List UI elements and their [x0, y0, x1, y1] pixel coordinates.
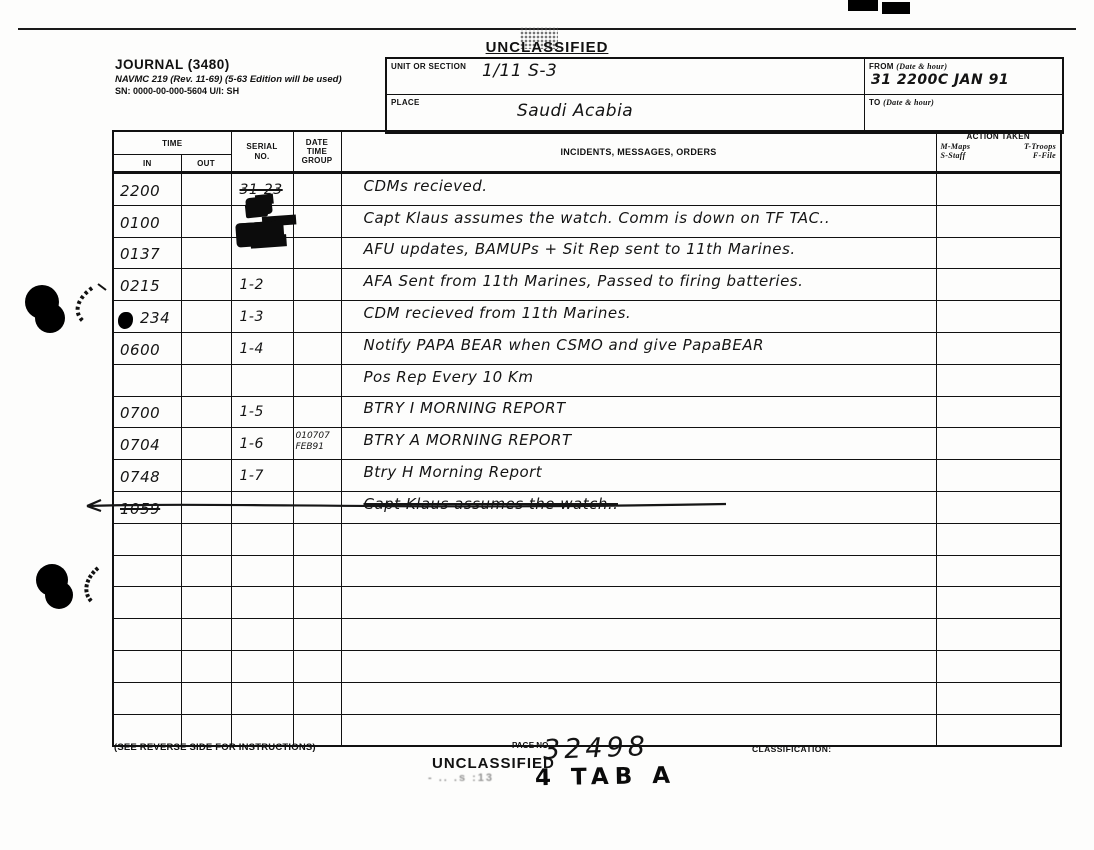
serial-no-value: 1-7: [232, 468, 264, 491]
time-in-cell: [113, 587, 181, 619]
incident-cell: AFA Sent from 11th Marines, Passed to fi…: [341, 269, 936, 301]
serial-no-cell: [231, 237, 293, 269]
action-taken-cell: [936, 332, 1061, 364]
unit-or-section-value: 1/11 S-3: [482, 61, 557, 81]
serial-no-value: 1-5: [232, 404, 264, 427]
time-in-cell: 2200: [113, 173, 181, 206]
table-row: [113, 619, 1061, 651]
time-in-value: 0704: [114, 436, 160, 459]
form-title: JOURNAL (3480): [115, 57, 342, 74]
action-taken-cell: [936, 555, 1061, 587]
serial-no-cell: [231, 523, 293, 555]
time-in-value: 2200: [114, 182, 160, 205]
incident-cell: Capt Klaus assumes the watch. Comm is do…: [341, 205, 936, 237]
serial-no-cell: [231, 364, 293, 396]
time-in-value: [114, 704, 120, 709]
classification-banner-top: UNCLASSIFIED: [0, 39, 1094, 56]
table-row: Pos Rep Every 10 Km: [113, 364, 1061, 396]
action-troops-label: T-Troops: [998, 142, 1056, 151]
serial-no-cell: 1-6: [231, 428, 293, 460]
serial-no-value: [232, 606, 240, 613]
serial-no-cell: [231, 650, 293, 682]
date-time-group-cell: [293, 269, 341, 301]
incident-cell: BTRY A MORNING REPORT: [341, 428, 936, 460]
incident-cell: [341, 619, 936, 651]
redaction-bar: [848, 0, 878, 11]
incident-text: [342, 608, 364, 613]
time-in-cell: 0700: [113, 396, 181, 428]
date-time-group-cell: [293, 332, 341, 364]
incident-text: AFA Sent from 11th Marines, Passed to fi…: [342, 272, 804, 295]
incident-cell: CDMs recieved.: [341, 173, 936, 206]
place-field: PLACE Saudi Acabia: [387, 95, 865, 132]
date-time-group-cell: [293, 460, 341, 492]
incident-cell: [341, 650, 936, 682]
incident-cell: BTRY I MORNING REPORT: [341, 396, 936, 428]
serial-no-cell: 1-4: [231, 332, 293, 364]
from-date-value: 31 2200C JAN 91: [871, 72, 1009, 88]
action-taken-cell: [936, 491, 1061, 523]
action-taken-cell: [936, 237, 1061, 269]
serial-no-value: [232, 638, 240, 645]
ink-blot: [14, 280, 114, 346]
incidents-header: INCIDENTS, MESSAGES, ORDERS: [341, 131, 936, 173]
time-in-value: [114, 545, 120, 550]
action-staff-label: S-Staff: [941, 151, 999, 160]
action-taken-cell: [936, 523, 1061, 555]
incident-cell: Pos Rep Every 10 Km: [341, 364, 936, 396]
time-in-cell: [113, 650, 181, 682]
time-header: TIME: [113, 131, 231, 155]
serial-no-cell: [231, 619, 293, 651]
incident-cell: CDM recieved from 11th Marines.: [341, 301, 936, 333]
date-time-group-value: 010707 FEB91: [294, 431, 330, 459]
incident-text: [342, 704, 364, 709]
date-time-group-value: [294, 704, 296, 709]
strikeout-line: [84, 497, 728, 520]
classification-label: CLASSIFICATION:: [752, 744, 832, 754]
action-taken-cell: [936, 460, 1061, 492]
ink-blot: [24, 558, 124, 624]
serial-no-cell: [231, 682, 293, 714]
date-time-group-value: [294, 354, 296, 359]
time-in-header: IN: [113, 155, 181, 173]
incident-text: [342, 640, 364, 645]
serial-no-cell: [231, 555, 293, 587]
time-in-value: 0700: [114, 404, 160, 427]
ink-blot: [118, 312, 133, 329]
incident-text: Capt Klaus assumes the watch. Comm is do…: [342, 209, 831, 232]
time-out-cell: [181, 682, 231, 714]
date-time-group-cell: [293, 682, 341, 714]
time-out-cell: [181, 173, 231, 206]
time-in-cell: 0137: [113, 237, 181, 269]
ink-scribble: [245, 195, 273, 216]
form-revision: NAVMC 219 (Rev. 11-69) (5-63 Edition wil…: [115, 74, 342, 86]
from-label: FROM: [869, 62, 894, 71]
date-time-group-cell: [293, 205, 341, 237]
table-row: 0748 1-7 Btry H Morning Report: [113, 460, 1061, 492]
time-in-value: [114, 608, 120, 613]
time-out-cell: [181, 205, 231, 237]
journal-body: 2200 31-23 CDMs recieved. 0100 Capt Klau…: [113, 173, 1061, 747]
action-taken-cell: [936, 364, 1061, 396]
date-time-group-value: [294, 258, 296, 263]
date-time-group-cell: [293, 619, 341, 651]
incident-text: Pos Rep Every 10 Km: [342, 368, 534, 391]
time-in-cell: 234: [113, 301, 181, 333]
incident-cell: Notify PAPA BEAR when CSMO and give Papa…: [341, 332, 936, 364]
time-in-cell: [113, 682, 181, 714]
action-taken-cell: [936, 269, 1061, 301]
date-time-group-cell: [293, 301, 341, 333]
date-time-group-cell: 010707 FEB91: [293, 428, 341, 460]
table-row: [113, 682, 1061, 714]
time-out-cell: [181, 332, 231, 364]
time-in-cell: 0215: [113, 269, 181, 301]
table-row: 0215 1-2 AFA Sent from 11th Marines, Pas…: [113, 269, 1061, 301]
time-out-cell: [181, 587, 231, 619]
incident-text: CDM recieved from 11th Marines.: [342, 304, 632, 327]
time-in-value: 0748: [114, 468, 160, 491]
time-in-value: [114, 640, 120, 645]
date-time-group-value: [294, 481, 296, 486]
time-in-value: [114, 672, 120, 677]
serial-no-cell: 1-5: [231, 396, 293, 428]
date-time-group-cell: [293, 650, 341, 682]
incident-text: Notify PAPA BEAR when CSMO and give Papa…: [342, 336, 765, 359]
time-in-cell: [113, 523, 181, 555]
action-taken-cell: [936, 650, 1061, 682]
action-taken-cell: [936, 714, 1061, 746]
table-row: 0137 AFU updates, BAMUPs + Sit Rep sent …: [113, 237, 1061, 269]
faded-stamp: - .. .s :13: [428, 772, 494, 784]
scanned-journal-page: UNCLASSIFIED JOURNAL (3480) NAVMC 219 (R…: [0, 0, 1094, 850]
date-time-group-value: [294, 545, 296, 550]
incident-text: AFU updates, BAMUPs + Sit Rep sent to 11…: [342, 240, 796, 263]
date-time-group-cell: [293, 173, 341, 206]
time-in-value: [114, 735, 120, 740]
action-taken-title: ACTION TAKEN: [937, 132, 1061, 141]
incident-text: [342, 735, 364, 740]
date-time-group-value: [294, 576, 296, 581]
incident-cell: [341, 523, 936, 555]
date-time-group-cell: [293, 587, 341, 619]
tab-marking: 4 TAB A: [535, 763, 676, 791]
time-in-value: 0137: [114, 245, 160, 268]
incident-cell: [341, 682, 936, 714]
time-out-cell: [181, 650, 231, 682]
to-date-hour-label: (Date & hour): [883, 98, 934, 107]
action-maps-label: M-Maps: [941, 142, 999, 151]
action-taken-cell: [936, 205, 1061, 237]
time-out-cell: [181, 301, 231, 333]
from-date-field: FROM (Date & hour) 31 2200C JAN 91: [865, 59, 1062, 95]
incident-cell: [341, 587, 936, 619]
incident-text: CDMs recieved.: [342, 177, 488, 200]
time-out-cell: [181, 460, 231, 492]
table-row: [113, 555, 1061, 587]
serial-no-value: [232, 256, 240, 263]
incident-cell: [341, 555, 936, 587]
action-taken-header: ACTION TAKEN M-Maps T-Troops S-Staff F-F…: [936, 131, 1061, 173]
incident-text: [342, 545, 364, 550]
time-in-value: 0600: [114, 341, 160, 364]
serial-no-value: [232, 670, 240, 677]
ink-scribble: [235, 220, 285, 247]
time-in-cell: [113, 555, 181, 587]
to-label: TO: [869, 98, 881, 107]
date-time-group-value: [294, 640, 296, 645]
serial-no-header: SERIAL NO.: [231, 131, 293, 173]
date-time-group-header: DATE TIME GROUP: [293, 131, 341, 173]
table-row: 0704 1-6 010707 FEB91 BTRY A MORNING REP…: [113, 428, 1061, 460]
date-time-group-value: [294, 417, 296, 422]
date-time-group-cell: [293, 364, 341, 396]
serial-no-value: 1-2: [232, 277, 264, 300]
serial-no-cell: 1-2: [231, 269, 293, 301]
table-row: [113, 650, 1061, 682]
time-in-value: 234: [134, 309, 170, 332]
time-in-cell: 0748: [113, 460, 181, 492]
time-in-cell: 0600: [113, 332, 181, 364]
action-taken-cell: [936, 428, 1061, 460]
serial-no-cell: 1-7: [231, 460, 293, 492]
incident-text: Btry H Morning Report: [342, 463, 543, 486]
serial-no-value: [232, 543, 240, 550]
time-out-header: OUT: [181, 155, 231, 173]
serial-no-value: [232, 702, 240, 709]
journal-header: TIME SERIAL NO. DATE TIME GROUP INCIDENT…: [113, 131, 1061, 173]
date-time-group-value: [294, 290, 296, 295]
header-fields-box: UNIT OR SECTION 1/11 S-3 FROM (Date & ho…: [385, 57, 1064, 134]
unit-or-section-field: UNIT OR SECTION 1/11 S-3: [387, 59, 865, 95]
time-out-cell: [181, 523, 231, 555]
journal-table: TIME SERIAL NO. DATE TIME GROUP INCIDENT…: [112, 130, 1062, 747]
date-time-group-value: [294, 195, 296, 200]
table-row: 0700 1-5 BTRY I MORNING REPORT: [113, 396, 1061, 428]
date-time-group-cell: [293, 523, 341, 555]
date-time-group-cell: [293, 396, 341, 428]
time-in-value: [114, 386, 120, 391]
from-date-hour-label: (Date & hour): [896, 62, 947, 71]
action-taken-cell: [936, 301, 1061, 333]
time-in-value: [114, 576, 120, 581]
time-out-cell: [181, 619, 231, 651]
date-time-group-value: [294, 386, 296, 391]
time-out-cell: [181, 269, 231, 301]
time-in-cell: 0100: [113, 205, 181, 237]
time-in-cell: [113, 364, 181, 396]
time-out-cell: [181, 237, 231, 269]
serial-no-value: [232, 384, 240, 391]
serial-no-value: [232, 733, 240, 740]
action-file-label: F-File: [998, 151, 1056, 160]
serial-no-value: [232, 574, 240, 581]
date-time-group-cell: [293, 555, 341, 587]
incident-text: [342, 672, 364, 677]
to-date-field: TO (Date & hour): [865, 95, 1062, 132]
table-row: [113, 587, 1061, 619]
place-value: Saudi Acabia: [517, 101, 633, 121]
time-in-value: 0100: [114, 214, 160, 237]
form-stock-number: SN: 0000-00-000-5604 U/I: SH: [115, 86, 342, 97]
date-time-group-value: [294, 227, 296, 232]
place-label: PLACE: [391, 98, 420, 107]
time-in-cell: [113, 619, 181, 651]
redaction-bar: [882, 2, 910, 14]
action-taken-cell: [936, 587, 1061, 619]
table-row: 0600 1-4 Notify PAPA BEAR when CSMO and …: [113, 332, 1061, 364]
time-in-value: 0215: [114, 277, 160, 300]
time-out-cell: [181, 428, 231, 460]
serial-no-value: 1-4: [232, 341, 264, 364]
incident-text: [342, 576, 364, 581]
time-out-cell: [181, 396, 231, 428]
incident-cell: Btry H Morning Report: [341, 460, 936, 492]
action-taken-cell: [936, 619, 1061, 651]
date-time-group-value: [294, 322, 296, 327]
time-out-cell: [181, 555, 231, 587]
serial-no-value: 1-6: [232, 436, 264, 459]
action-taken-cell: [936, 173, 1061, 206]
date-time-group-value: [294, 608, 296, 613]
action-taken-cell: [936, 682, 1061, 714]
action-taken-cell: [936, 396, 1061, 428]
serial-no-value: 1-3: [232, 309, 264, 332]
serial-no-cell: [231, 587, 293, 619]
serial-no-cell: 1-3: [231, 301, 293, 333]
incident-text: BTRY I MORNING REPORT: [342, 399, 566, 422]
date-time-group-cell: [293, 237, 341, 269]
incident-text: BTRY A MORNING REPORT: [342, 431, 572, 454]
reverse-side-note: (SEE REVERSE SIDE FOR INSTRUCTIONS): [114, 742, 316, 753]
incident-cell: AFU updates, BAMUPs + Sit Rep sent to 11…: [341, 237, 936, 269]
page-no-value: 32498: [542, 731, 649, 766]
unit-or-section-label: UNIT OR SECTION: [391, 62, 466, 71]
time-in-cell: 0704: [113, 428, 181, 460]
table-row: 234 1-3 CDM recieved from 11th Marines.: [113, 301, 1061, 333]
date-time-group-value: [294, 672, 296, 677]
form-identification: JOURNAL (3480) NAVMC 219 (Rev. 11-69) (5…: [115, 57, 342, 97]
time-out-cell: [181, 364, 231, 396]
table-row: [113, 523, 1061, 555]
date-time-group-value: [294, 735, 296, 740]
